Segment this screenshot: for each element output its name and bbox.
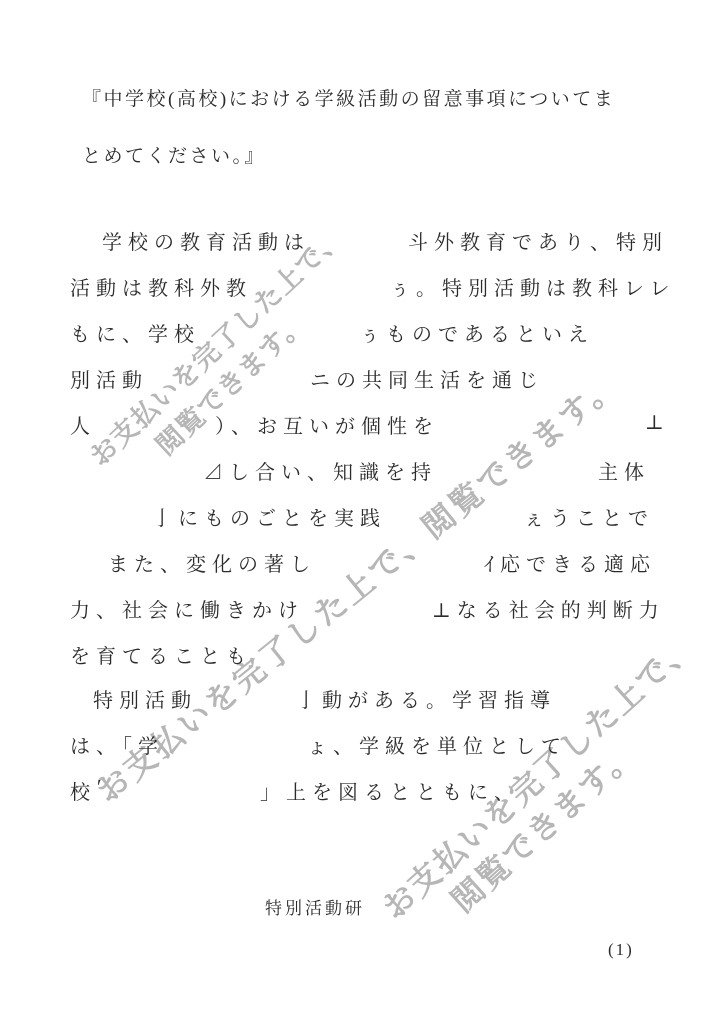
text-fragment: 斗外教育であり、特別 (408, 226, 668, 255)
document-text-line: (1) (0, 940, 725, 966)
text-fragment: を育てることも (70, 640, 252, 669)
document-text-line: とめてください。』 (0, 141, 725, 167)
document-text-line: 学校の教育活動は斗外教育であり、特別 (0, 226, 725, 252)
text-fragment: (1) (608, 940, 634, 960)
document-text-line: 活動は教科外教ぅ。特別活動は教科レレ (0, 272, 725, 298)
text-fragment: 『中学校(高校)における学級活動の留意事項についてま (82, 84, 615, 111)
document-text-line: は、「学ょ、学級を単位として (0, 730, 725, 756)
document-text-line: 『中学校(高校)における学級活動の留意事項についてま (0, 84, 725, 110)
text-fragment: 学校の教育活動は (102, 226, 310, 255)
document-text-line: ⊿し合い、知識を持主体 (0, 456, 725, 482)
text-fragment: また、変化の著し (108, 548, 316, 577)
text-fragment: は、「学 (70, 730, 164, 759)
document-text-line: 人）、お互いが個性を⊥ (0, 410, 725, 436)
document-page: お支払いを完了した上で、 閲覧できます。 お支払いを完了した上で、閲覧できます。… (0, 0, 725, 1024)
text-fragment: 校 (70, 776, 96, 805)
text-fragment: ⊿し合い、知識を持 (203, 456, 437, 485)
document-text-line: 亅にものごとを実践ぇうことで (0, 502, 725, 528)
document-text-line: 校′」上を図るとともに、 (0, 776, 725, 802)
text-fragment: 主体 (598, 456, 650, 485)
document-text-line: もに、学校ぅものであるといえ (0, 318, 725, 344)
text-fragment: 力、社会に働きかけ (70, 594, 304, 623)
document-text-line: を育てることも (0, 640, 725, 666)
document-text-line: 別活動ニの共同生活を通じ (0, 364, 725, 390)
text-fragment: ょ、学級を単位として (307, 730, 567, 759)
document-text-line: また、変化の著しｲ応できる適応 (0, 548, 725, 574)
text-fragment: ⊥なる社会的判断力 (432, 594, 665, 623)
text-fragment: 亅にものごとを実践 (152, 502, 386, 531)
text-fragment: 活動は教科外教 (70, 272, 252, 301)
text-fragment: 特別活動研 (265, 894, 365, 919)
document-text-line: 特別活動亅動がある。学習指導 (0, 684, 725, 710)
document-text-line: 力、社会に働きかけ⊥なる社会的判断力 (0, 594, 725, 620)
text-fragment: 亅動がある。学習指導 (296, 684, 556, 713)
text-fragment: 特別活動 (93, 684, 197, 713)
text-fragment: もに、学校 (70, 318, 200, 347)
text-fragment: ぇうことで (524, 502, 654, 531)
text-fragment: ｲ応できる適応 (484, 548, 656, 577)
text-fragment: ニの共同生活を通じ (310, 364, 544, 393)
text-fragment: ′ (97, 776, 107, 799)
text-fragment: ぅものであるといえ (360, 318, 594, 347)
document-text-line: 特別活動研 (0, 894, 725, 920)
text-fragment: ）、お互いが個性を (215, 410, 439, 439)
text-fragment: とめてください。』 (82, 141, 266, 168)
text-fragment: 人 (70, 410, 96, 439)
text-fragment: 」上を図るとともに、 (260, 776, 520, 805)
text-fragment: ⊥ (645, 410, 670, 435)
text-fragment: ぅ。特別活動は教科レレ (390, 272, 676, 301)
text-fragment: 別活動 (70, 364, 148, 393)
